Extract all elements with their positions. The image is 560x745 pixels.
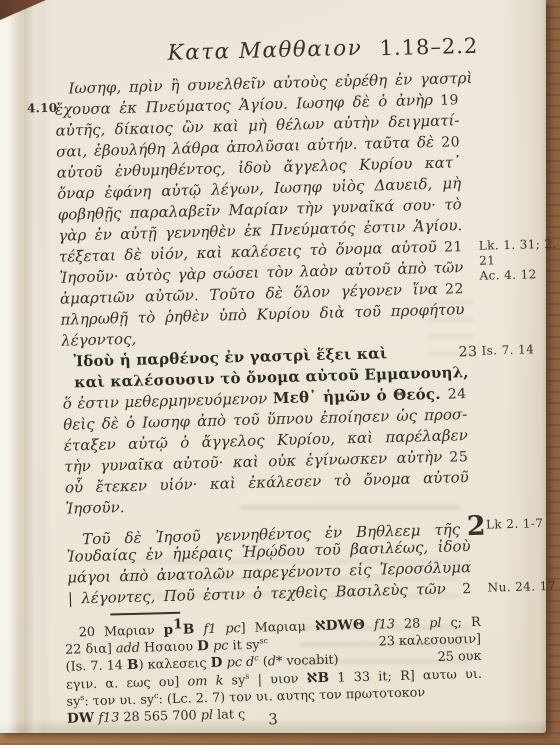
text-segment: Μεθ᾽ ἡμῶν ὁ Θεός. — [273, 385, 441, 407]
text-segment: ) καλεσεις — [138, 656, 210, 673]
text-segment: ℵDWΘ — [315, 617, 366, 634]
verse-number: 2 — [445, 579, 472, 601]
text-segment: 1 — [173, 616, 183, 632]
book-photo: Κατα Μαθθαιον 1.18–2.2 4.10 Ιωσηφ, πρὶν … — [0, 0, 560, 745]
verse-number: 22 — [438, 279, 465, 301]
verse-number: 23 — [451, 342, 478, 364]
printed-text-block: Κατα Μαθθαιον 1.18–2.2 4.10 Ιωσηφ, πρὶν … — [0, 0, 560, 745]
text-segment — [194, 622, 203, 637]
chapter-number: 2 — [460, 516, 487, 538]
text-segment: 22 δια] — [65, 642, 116, 658]
text-segment: (Is. 7. 14 — [65, 658, 127, 675]
text-segment: λέγοντος, — [61, 330, 137, 350]
cross-reference-line: Ac. 4. 12 — [479, 267, 555, 284]
verse-number: 21 — [437, 237, 464, 259]
text-segment: * vocabit) — [276, 653, 339, 670]
text-segment: 20 Μαριαν — [79, 623, 164, 640]
text-segment: pc d — [226, 655, 254, 671]
verse-number: 20 — [434, 132, 461, 154]
text-segment: D — [210, 655, 222, 671]
text-segment: 28 — [395, 616, 430, 632]
text-segment: B — [127, 657, 139, 673]
cross-reference: Is. 7. 14 — [481, 342, 557, 359]
text-segment: f1 pc — [203, 621, 241, 637]
text-segment: D — [197, 638, 209, 654]
text-segment: Ἰησοῦν. — [65, 498, 125, 518]
text-segment: B — [183, 621, 195, 637]
text-segment: Ησαιου — [140, 639, 198, 655]
text-segment: εγιν. α. εως ου] — [66, 674, 188, 692]
text-segment: ς; R — [441, 615, 480, 631]
text-segment: it sy — [228, 638, 260, 654]
left-margin-reference: 4.10 — [27, 101, 58, 116]
text-segment: add — [116, 641, 140, 657]
text-segment: sy — [66, 694, 80, 709]
cross-reference-line: Lk. 1. 31; 2. — [479, 237, 555, 254]
cross-reference: Lk. 1. 31; 2.21Ac. 4. 12 — [479, 237, 556, 284]
verse-number: 25 — [442, 447, 469, 469]
cross-reference: Nu. 24. 17 — [488, 579, 560, 596]
cross-reference: Lk 2. 1-7 — [486, 516, 560, 533]
text-segment: ℵB — [306, 669, 329, 686]
text-segment: f13 — [374, 617, 395, 633]
text-segment: sc — [259, 636, 268, 645]
text-segment: om k — [187, 673, 223, 689]
text-segment: 25 ουκ — [437, 649, 481, 665]
cross-reference-line: Lk 2. 1-7 — [486, 516, 560, 533]
verse-number: 19 — [433, 90, 460, 112]
cross-reference-line: Nu. 24. 17 — [488, 579, 560, 596]
text-segment: sy — [223, 673, 245, 689]
text-segment: ] Μαριαμ — [241, 619, 316, 636]
text-segment: | υιον — [249, 671, 307, 687]
cross-reference-line: Is. 7. 14 — [481, 342, 557, 359]
text-segment: p — [163, 622, 173, 638]
text-segment: 23 καλεσουσιν] — [378, 632, 481, 650]
verse-number: 24 — [440, 384, 467, 406]
text-segment: : τον υι. sy — [84, 692, 154, 709]
text-segment: pl — [429, 616, 442, 631]
text-segment: pc — [213, 639, 229, 654]
